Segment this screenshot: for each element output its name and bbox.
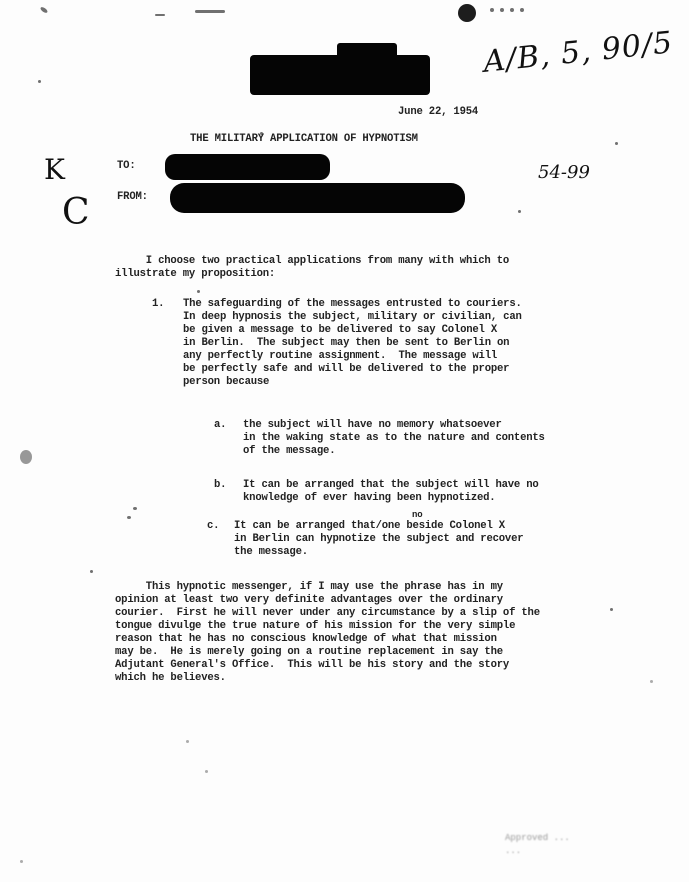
closing-line: may be. He is merely going on a routine … — [115, 646, 503, 659]
hole-punch-mark — [458, 4, 476, 22]
intro-line: I choose two practical applications from… — [115, 255, 509, 268]
closing-line: which he believes. — [115, 672, 226, 685]
closing-line: tongue divulge the true nature of his mi… — [115, 620, 515, 633]
scan-artifact — [205, 770, 208, 773]
release-stamp-line: Approved ... — [505, 833, 570, 844]
scan-artifact — [20, 450, 32, 464]
scan-artifact — [38, 80, 41, 83]
intro-line: illustrate my proposition: — [115, 268, 275, 281]
redaction-block — [250, 55, 430, 95]
scan-artifact — [518, 210, 521, 213]
item-1-line: in Berlin. The subject may then be sent … — [183, 337, 509, 350]
scan-artifact — [610, 608, 613, 611]
scan-artifact — [490, 8, 494, 12]
sub-item-letter: a. — [214, 419, 226, 432]
item-number: 1. — [152, 298, 164, 311]
sub-item-letter: c. — [207, 520, 219, 533]
scan-artifact — [40, 6, 49, 14]
document-date: June 22, 1954 — [398, 106, 478, 119]
handwritten-margin-c: C — [62, 192, 90, 233]
sub-item-c-line: It can be arranged that/one beside Colon… — [234, 520, 505, 533]
scan-artifact — [195, 10, 225, 13]
scan-artifact — [510, 8, 514, 12]
item-1-line: The safeguarding of the messages entrust… — [183, 298, 522, 311]
scan-artifact — [197, 290, 200, 293]
scan-artifact — [133, 507, 137, 510]
scan-artifact — [520, 8, 524, 12]
scanned-document-page: A/B, 5, 90/5 June 22, 1954 THE MILITARY … — [0, 0, 689, 882]
from-redaction — [170, 183, 465, 213]
scan-artifact — [186, 740, 189, 743]
document-title: THE MILITARY APPLICATION OF HYPNOTISM — [190, 133, 418, 146]
item-1-line: any perfectly routine assignment. The me… — [183, 350, 497, 363]
sub-item-b-line: It can be arranged that the subject will… — [243, 479, 539, 492]
item-1-line: person because — [183, 376, 269, 389]
handwritten-margin-k: K — [44, 153, 65, 186]
sub-item-a-line: of the message. — [243, 445, 335, 458]
scan-artifact — [90, 570, 93, 573]
sub-item-a-line: the subject will have no memory whatsoev… — [243, 419, 502, 432]
to-label: TO: — [117, 160, 135, 173]
sub-item-c-line: in Berlin can hypnotize the subject and … — [234, 533, 523, 546]
item-1-line: be perfectly safe and will be delivered … — [183, 363, 509, 376]
closing-line: courier. First he will never under any c… — [115, 607, 540, 620]
sub-item-a-line: in the waking state as to the nature and… — [243, 432, 545, 445]
scan-artifact — [260, 132, 263, 135]
from-label: FROM: — [117, 191, 148, 204]
closing-line: opinion at least two very definite advan… — [115, 594, 503, 607]
scan-artifact — [615, 142, 618, 145]
sub-item-letter: b. — [214, 479, 226, 492]
handwritten-number: 54-99 — [538, 162, 590, 183]
closing-line: reason that he has no conscious knowledg… — [115, 633, 497, 646]
sub-item-b-line: knowledge of ever having been hypnotized… — [243, 492, 495, 505]
to-redaction — [165, 154, 330, 180]
item-1-line: In deep hypnosis the subject, military o… — [183, 311, 522, 324]
scan-artifact — [20, 860, 23, 863]
handwritten-file-reference: A/B, 5, 90/5 — [482, 25, 675, 80]
scan-artifact — [127, 516, 131, 519]
scan-artifact — [500, 8, 504, 12]
release-stamp-line: ... — [505, 846, 527, 857]
scan-artifact — [650, 680, 653, 683]
sub-item-c-line: the message. — [234, 546, 308, 559]
item-1-line: be given a message to be delivered to sa… — [183, 324, 497, 337]
scan-artifact — [155, 14, 165, 16]
closing-line: This hypnotic messenger, if I may use th… — [115, 581, 503, 594]
redaction-block — [337, 43, 397, 59]
closing-line: Adjutant General's Office. This will be … — [115, 659, 509, 672]
